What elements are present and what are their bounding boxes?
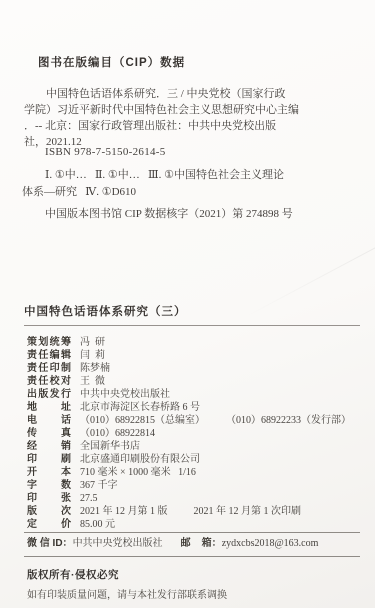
colophon-row: 开本710 毫米 × 1000 毫米 1/16 xyxy=(27,466,360,479)
email-label: 邮 箱： xyxy=(181,538,222,549)
colophon-table: 策划统筹冯 研 责任编辑闫 莉 责任印制陈梦楠 责任校对王 微 出版发行中共中央… xyxy=(27,336,360,531)
colophon-row: 地址北京市海淀区长春桥路 6 号 xyxy=(27,401,360,414)
row-value: 闫 莉 xyxy=(80,350,105,361)
copyright-notice: 版权所有·侵权必究 xyxy=(27,567,355,582)
colophon-row: 责任编辑闫 莉 xyxy=(27,349,360,362)
colophon-row: 传真（010）68922814 xyxy=(27,427,360,440)
row-value: （010）68922814 xyxy=(80,428,155,439)
row-label: 印张 xyxy=(27,492,71,505)
row-label: 版次 xyxy=(27,505,71,518)
row-value: 全国新华书店 xyxy=(80,441,140,452)
colophon-row: 定价85.00 元 xyxy=(27,518,360,531)
footer: 版权所有·侵权必究 如有印装质量问题，请与本社发行部联系调换 xyxy=(27,567,355,601)
row-value: 冯 研 xyxy=(80,337,105,348)
row-label: 印刷 xyxy=(27,453,71,466)
colophon-row: 策划统筹冯 研 xyxy=(27,336,360,349)
colophon-row: 经销全国新华书店 xyxy=(27,440,360,453)
row-value-2: 2021 年 12 月第 1 次印刷 xyxy=(194,506,302,517)
row-label: 出版发行 xyxy=(27,388,71,401)
email-value: zydxcbs2018@163.com xyxy=(222,538,319,549)
quality-note: 如有印装质量问题，请与本社发行部联系调换 xyxy=(27,586,355,601)
row-value: 367 千字 xyxy=(80,480,118,491)
cip-record-line: 中国特色话语体系研究．三 / 中央党校（国家行政 xyxy=(24,86,345,102)
cip-record-line: 学院）习近平新时代中国特色社会主义思想研究中心主编 xyxy=(24,102,345,118)
wechat-id-value: 中共中央党校出版社 xyxy=(73,538,163,549)
colophon-row: 出版发行中共中央党校出版社 xyxy=(27,388,360,401)
row-value: 北京盛通印刷股份有限公司 xyxy=(80,454,200,465)
contact-band: 微 信 ID：中共中央党校出版社邮 箱：zydxcbs2018@163.com xyxy=(24,532,360,557)
row-label: 地址 xyxy=(27,401,71,414)
cip-registry-number: 中国版本图书馆 CIP 数据核字（2021）第 274898 号 xyxy=(45,205,293,221)
book-copyright-page: 图书在版编目（CIP）数据 中国特色话语体系研究．三 / 中央党校（国家行政 学… xyxy=(0,0,375,608)
row-value: 710 毫米 × 1000 毫米 1/16 xyxy=(80,467,196,478)
cip-classification-line: 体系—研究 Ⅳ. ①D610 xyxy=(22,184,355,201)
row-label: 字数 xyxy=(27,479,71,492)
isbn-text: ISBN 978-7-5150-2614-5 xyxy=(45,146,166,158)
row-label: 经销 xyxy=(27,440,71,453)
row-value: （010）68922815（总编室） xyxy=(80,415,205,426)
row-value: 陈梦楠 xyxy=(80,363,110,374)
row-label: 策划统筹 xyxy=(27,336,71,349)
row-label: 责任印制 xyxy=(27,362,71,375)
row-value: 王 微 xyxy=(80,376,105,387)
row-label: 责任编辑 xyxy=(27,349,71,362)
row-value-2: （010）68922233（发行部） xyxy=(231,415,351,426)
colophon-row: 字数367 千字 xyxy=(27,479,360,492)
wechat-id-label: 微 信 ID： xyxy=(27,538,73,549)
row-value: 85.00 元 xyxy=(80,519,115,530)
colophon-row: 责任校对王 微 xyxy=(27,375,360,388)
row-value: 2021 年 12 月第 1 版 xyxy=(80,506,168,517)
book-title: 中国特色话语体系研究（三） xyxy=(24,303,360,326)
colophon-row: 电话（010）68922815（总编室）（010）68922233（发行部） xyxy=(27,414,360,427)
colophon-row: 版次2021 年 12 月第 1 版2021 年 12 月第 1 次印刷 xyxy=(27,505,360,518)
colophon-row: 印张27.5 xyxy=(27,492,360,505)
cip-classification: Ⅰ. ①中… Ⅱ. ①中… Ⅲ. ①中国特色社会主义理论 体系—研究 Ⅳ. ①D… xyxy=(22,167,355,200)
colophon-row: 印刷北京盛通印刷股份有限公司 xyxy=(27,453,360,466)
cip-heading: 图书在版编目（CIP）数据 xyxy=(38,54,185,70)
row-label: 开本 xyxy=(27,466,71,479)
colophon-row: 责任印制陈梦楠 xyxy=(27,362,360,375)
cip-record-line: ．-- 北京：国家行政管理出版社：中共中央党校出版 xyxy=(24,118,345,134)
row-value: 北京市海淀区长春桥路 6 号 xyxy=(80,402,200,413)
cip-classification-line: Ⅰ. ①中… Ⅱ. ①中… Ⅲ. ①中国特色社会主义理论 xyxy=(22,167,355,184)
row-label: 定价 xyxy=(27,518,71,531)
row-label: 传真 xyxy=(27,427,71,440)
cip-record: 中国特色话语体系研究．三 / 中央党校（国家行政 学院）习近平新时代中国特色社会… xyxy=(24,86,345,150)
row-label: 电话 xyxy=(27,414,71,427)
row-value: 27.5 xyxy=(80,493,98,504)
row-value: 中共中央党校出版社 xyxy=(80,389,170,400)
row-label: 责任校对 xyxy=(27,375,71,388)
